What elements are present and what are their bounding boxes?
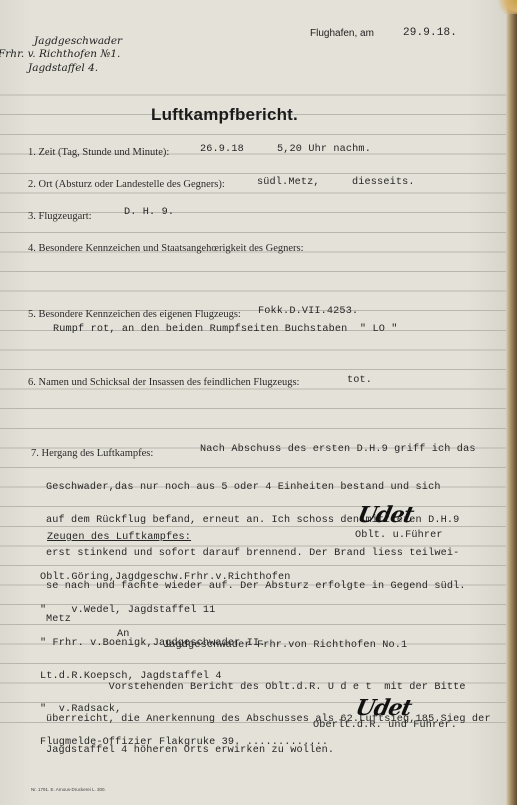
field-7-label: 7. Hergang des Luftkampfes: bbox=[31, 448, 153, 459]
witness-line: " v.Wedel, Jagdstaffel 11 bbox=[40, 605, 328, 616]
witnesses-heading: Zeugen des Luftkampfes: bbox=[47, 532, 191, 543]
report-page: Jagdgeschwader Frhr. v. Richthofen №1. J… bbox=[0, 0, 509, 805]
field-2-location: südl.Metz, bbox=[257, 177, 320, 188]
endorsement-line: Jagdstaffel 4 höheren Orts erwirken zu w… bbox=[46, 746, 491, 757]
signature-udet: Udet bbox=[355, 502, 415, 528]
field-1-date: 26.9.18 bbox=[200, 144, 244, 155]
unit-line-3: Jagdstaffel 4. bbox=[28, 62, 98, 74]
signature-2-rank: Oberlt.d.R. und Führer. bbox=[313, 720, 457, 731]
narrative-line: Geschwader,das nur noch aus 5 oder 4 Ein… bbox=[46, 482, 466, 493]
field-3-label: 3. Flugzeugart: bbox=[28, 211, 92, 222]
signature-1-rank: Oblt. u.Führer bbox=[355, 530, 443, 541]
witness-line: Oblt.Göring,Jagdgeschw.Frhr.v.Richthofen bbox=[40, 572, 328, 583]
unit-line-2: Frhr. v. Richthofen №1. bbox=[0, 48, 120, 60]
field-5-label: 5. Besondere Kennzeichen des eigenen Flu… bbox=[28, 309, 241, 320]
addressee-to: An bbox=[117, 629, 130, 640]
report-date: 29.9.18. bbox=[403, 27, 457, 39]
field-2-side: diesseits. bbox=[352, 177, 415, 188]
page-corner-stain bbox=[495, 0, 517, 14]
field-7-narrative-start: Nach Abschuss des ersten D.H.9 griff ich… bbox=[200, 444, 476, 455]
unit-line-1: Jagdgeschwader bbox=[34, 35, 122, 47]
field-4-label: 4. Besondere Kennzeichen und Staatsangeh… bbox=[28, 243, 304, 254]
page-edge-shadow bbox=[506, 0, 517, 805]
place-label: Flughafen, am bbox=[310, 28, 374, 39]
field-1-time: 5,20 Uhr nachm. bbox=[277, 144, 371, 155]
field-5-aircraft-id: Fokk.D.VII.4253. bbox=[258, 306, 358, 317]
field-5-markings: Rumpf rot, an den beiden Rumpfseiten Buc… bbox=[53, 324, 398, 335]
signature-udet-2: Udet bbox=[353, 695, 413, 721]
page-title: Luftkampfbericht. bbox=[151, 105, 298, 125]
field-2-label: 2. Ort (Absturz oder Landestelle des Geg… bbox=[28, 179, 225, 190]
printer-footer: Nr. 1791. E. Arnous-Druckerei L. 300. bbox=[31, 787, 106, 792]
field-6-fate: tot. bbox=[347, 375, 372, 386]
field-1-label: 1. Zeit (Tag, Stunde und Minute): bbox=[28, 147, 169, 158]
endorsement-line: Vorstehenden Bericht des Oblt.d.R. U d e… bbox=[46, 683, 491, 694]
field-6-label: 6. Namen und Schicksal der Insassen des … bbox=[28, 377, 299, 388]
addressee-recipient: Jagdgeschwader Frhr.von Richthofen No.1 bbox=[163, 640, 407, 651]
field-3-aircraft-type: D. H. 9. bbox=[124, 207, 174, 218]
